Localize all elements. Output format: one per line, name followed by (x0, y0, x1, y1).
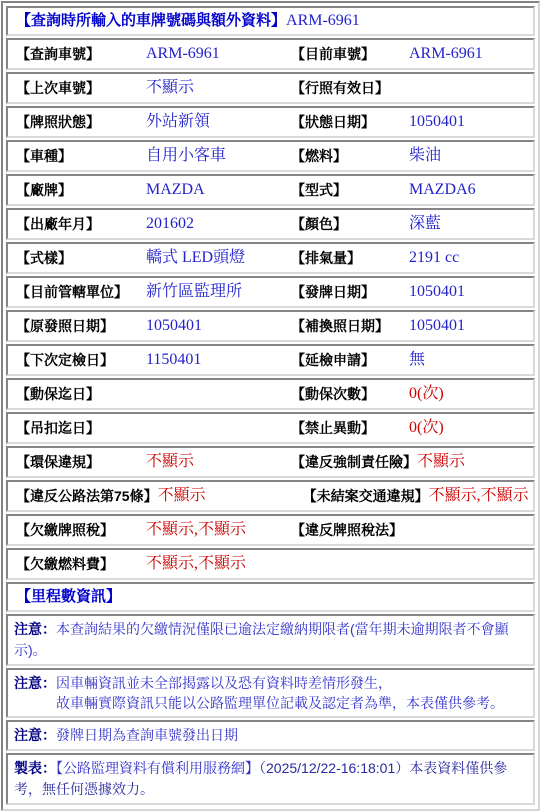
field-value: 不顯示 (146, 76, 291, 100)
field-label: 【燃料】 (291, 144, 409, 168)
field-label: 【延檢申請】 (291, 348, 409, 372)
field-value: 不顯示,不顯示 (146, 552, 291, 576)
field-value: 不顯示 (146, 450, 291, 474)
field-label: 【查詢車號】 (16, 42, 146, 66)
field-label: 【禁止異動】 (291, 416, 409, 440)
note-line-1: 因車輛資訊並未全部揭露以及恐有資料時差情形發生， (56, 673, 529, 693)
field-value: 柴油 (409, 144, 529, 168)
note-text: 發牌日期為查詢車號發出日期 (56, 727, 238, 743)
table-row-vehicle-type: 【車種】 自用小客車 【燃料】 柴油 (6, 140, 535, 172)
table-row-license-tax: 【欠繳牌照稅】 不顯示,不顯示 【違反牌照稅法】 (6, 514, 535, 546)
note-plate-issue-date: 注意：發牌日期為查詢車號發出日期 (6, 720, 535, 751)
field-value: 不顯示 (158, 484, 303, 508)
field-value: MAZDA6 (409, 178, 529, 202)
field-value: 1050401 (146, 314, 291, 338)
vehicle-query-result-page: 【查詢時所輸入的車牌號碼與額外資料】ARM-6961 【查詢車號】 ARM-69… (1, 1, 540, 811)
field-value: 自用小客車 (146, 144, 291, 168)
table-row-plate-numbers: 【查詢車號】 ARM-6961 【目前車號】 ARM-6961 (6, 38, 535, 70)
field-label: 【型式】 (291, 178, 409, 202)
table-row-secured-interest: 【動保迄日】 【動保次數】 0(次) (6, 378, 535, 410)
section-header-mileage: 【里程數資訊】 (6, 582, 535, 612)
table-row-manufacture-date: 【出廠年月】 201602 【顏色】 深藍 (6, 208, 535, 240)
note-overdue: 注意：本查詢結果的欠繳情況僅限已逾法定繳納期限者(當年期未逾期限者不會顯示)。 (6, 614, 535, 666)
field-label: 【違反公路法第75條】 (16, 484, 158, 508)
table-row-license-status: 【牌照狀態】 外站新領 【狀態日期】 1050401 (6, 106, 535, 138)
table-row-previous-plate: 【上次車號】 不顯示 【行照有效日】 (6, 72, 535, 104)
field-label: 【出廠年月】 (16, 212, 146, 236)
field-label: 【牌照狀態】 (16, 110, 146, 134)
field-label: 【違反牌照稅法】 (291, 518, 409, 542)
field-value: 201602 (146, 212, 291, 236)
field-value: 1050401 (409, 280, 529, 304)
field-value: 無 (409, 348, 529, 372)
field-label: 【目前車號】 (291, 42, 409, 66)
service-site-link[interactable]: 【公路監理資料有償利用服務網】 (56, 760, 259, 776)
field-value: 1050401 (409, 314, 529, 338)
field-label: 【目前管轄單位】 (16, 280, 146, 304)
page-title-label: 【查詢時所輸入的車牌號碼與額外資料】 (16, 12, 286, 29)
field-value: ARM-6961 (409, 42, 529, 66)
field-label: 【車種】 (16, 144, 146, 168)
field-value: 0(次) (409, 382, 529, 406)
field-value: 新竹區監理所 (146, 280, 291, 304)
field-label: 【吊扣迄日】 (16, 416, 146, 440)
footer-label: 製表： (14, 760, 56, 776)
field-value: MAZDA (146, 178, 291, 202)
field-value: 不顯示,不顯示 (146, 518, 291, 542)
field-label: 【未結案交通違規】 (303, 484, 429, 508)
table-row-suspension: 【吊扣迄日】 【禁止異動】 0(次) (6, 412, 535, 444)
field-label: 【動保迄日】 (16, 382, 146, 406)
note-data-disclosure: 注意： 因車輛資訊並未全部揭露以及恐有資料時差情形發生， 故車輛實際資訊只能以公… (6, 668, 535, 718)
field-label: 【式樣】 (16, 246, 146, 270)
note-line-2: 故車輛實際資訊只能以公路監理單位記載及認定者為準，本表僅供參考。 (56, 693, 529, 713)
footer-report-info: 製表：【公路監理資料有償利用服務網】（2025/12/22-16:18:01）本… (6, 753, 535, 805)
note-label: 注意： (14, 727, 56, 743)
field-label: 【原發照日期】 (16, 314, 146, 338)
field-label: 【下次定檢日】 (16, 348, 146, 372)
table-row-inspection: 【下次定檢日】 1150401 【延檢申請】 無 (6, 344, 535, 376)
field-value: 不顯示 (417, 450, 529, 474)
field-label: 【上次車號】 (16, 76, 146, 100)
field-label: 【行照有效日】 (291, 76, 409, 100)
field-value: 1150401 (146, 348, 291, 372)
table-row-license-dates: 【原發照日期】 1050401 【補換照日期】 1050401 (6, 310, 535, 342)
field-label: 【欠繳燃料費】 (16, 552, 146, 576)
field-label: 【欠繳牌照稅】 (16, 518, 146, 542)
field-label: 【排氣量】 (291, 246, 409, 270)
field-value: 外站新領 (146, 110, 291, 134)
note-label: 注意： (14, 621, 56, 637)
field-label: 【違反強制責任險】 (291, 450, 417, 474)
field-value: 1050401 (409, 110, 529, 134)
field-label: 【補換照日期】 (291, 314, 409, 338)
field-label: 【發牌日期】 (291, 280, 409, 304)
note-text: 本查詢結果的欠繳情況僅限已逾法定繳納期限者(當年期未逾期限者不會顯示)。 (14, 621, 509, 658)
table-row-environmental: 【環保違規】 不顯示 【違反強制責任險】 不顯示 (6, 446, 535, 478)
field-label: 【狀態日期】 (291, 110, 409, 134)
table-row-authority: 【目前管轄單位】 新竹區監理所 【發牌日期】 1050401 (6, 276, 535, 308)
note-text: 因車輛資訊並未全部揭露以及恐有資料時差情形發生， 故車輛實際資訊只能以公路監理單… (56, 673, 529, 713)
field-label: 【顏色】 (291, 212, 409, 236)
field-label: 【環保違規】 (16, 450, 146, 474)
page-title: 【查詢時所輸入的車牌號碼與額外資料】ARM-6961 (6, 6, 535, 36)
field-value: 不顯示,不顯示 (429, 484, 529, 508)
field-label: 【動保次數】 (291, 382, 409, 406)
field-value: ARM-6961 (146, 42, 291, 66)
field-value: 2191 cc (409, 246, 529, 270)
field-value: 轎式 LED頭燈 (146, 246, 291, 270)
field-value: 0(次) (409, 416, 529, 440)
table-row-fuel-fee: 【欠繳燃料費】 不顯示,不顯示 (6, 548, 535, 580)
table-row-brand: 【廠牌】 MAZDA 【型式】 MAZDA6 (6, 174, 535, 206)
section-header-label: 【里程數資訊】 (16, 588, 121, 605)
page-title-plate-number: ARM-6961 (286, 12, 360, 29)
field-value: 深藍 (409, 212, 529, 236)
field-label: 【廠牌】 (16, 178, 146, 202)
table-row-highway-act: 【違反公路法第75條】 不顯示 【未結案交通違規】 不顯示,不顯示 (6, 480, 535, 512)
note-label: 注意： (14, 673, 56, 693)
table-row-style: 【式樣】 轎式 LED頭燈 【排氣量】 2191 cc (6, 242, 535, 274)
